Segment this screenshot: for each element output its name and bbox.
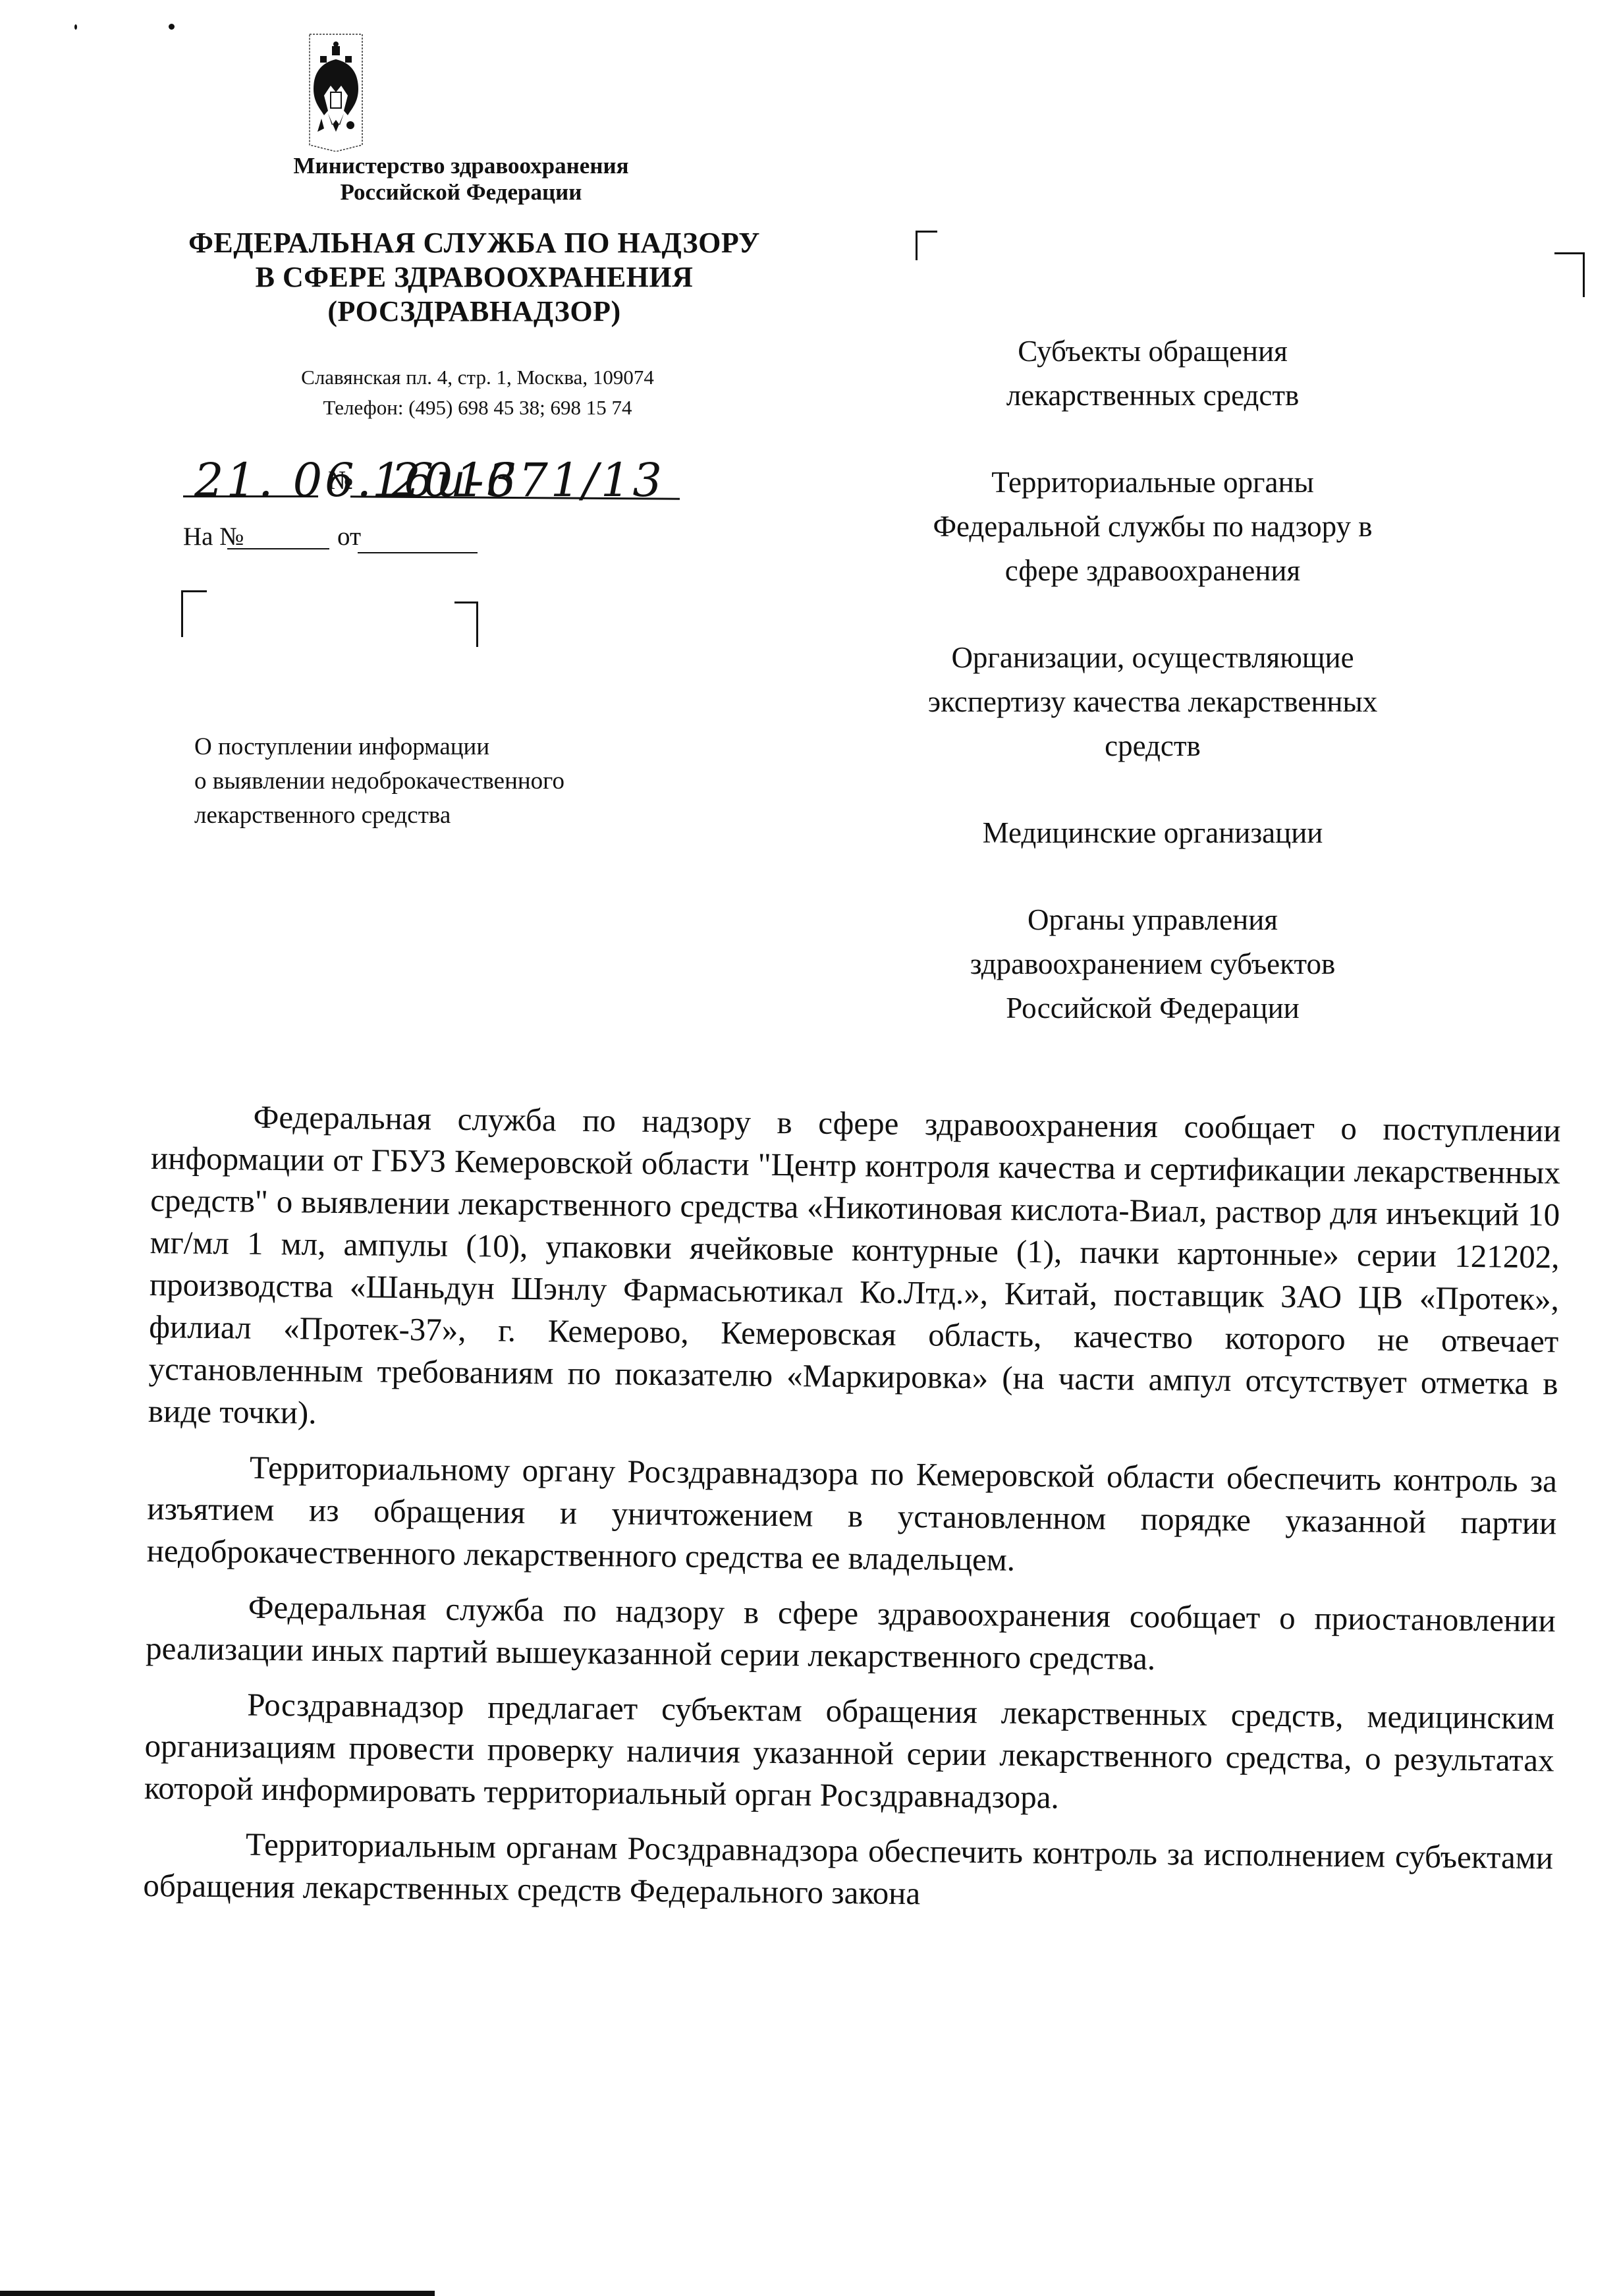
contact-block: Славянская пл. 4, стр. 1, Москва, 109074… xyxy=(198,362,757,423)
subject-line-2: о выявлении недоброкачественного xyxy=(194,764,564,798)
number-sign: № xyxy=(328,464,353,495)
address: Славянская пл. 4, стр. 1, Москва, 109074 xyxy=(198,362,757,393)
recipient-corner-left xyxy=(916,231,937,260)
reply-number-blank xyxy=(227,548,329,549)
coat-of-arms-icon xyxy=(308,33,364,152)
recipient-line: Организации, осуществляющие xyxy=(856,636,1449,680)
recipient-line: Территориальные органы xyxy=(856,461,1449,505)
ministry-name: Министерство здравоохранения Российской … xyxy=(231,153,692,206)
from-date-blank xyxy=(358,552,478,553)
recipient-corner-right xyxy=(1554,252,1585,297)
service-line-1: ФЕДЕРАЛЬНАЯ СЛУЖБА ПО НАДЗОРУ xyxy=(165,226,784,260)
recipient-line: здравоохранением субъектов xyxy=(856,942,1449,986)
subject-line-3: лекарственного средства xyxy=(194,798,564,833)
reply-label: На № xyxy=(183,522,244,551)
service-name: ФЕДЕРАЛЬНАЯ СЛУЖБА ПО НАДЗОРУ В СФЕРЕ ЗД… xyxy=(165,226,784,329)
body-paragraph: Территориальному органу Росздравнадзора … xyxy=(146,1445,1557,1586)
subject-corner-right xyxy=(454,602,478,647)
date-underline xyxy=(183,495,318,497)
body-paragraph: Федеральная служба по надзору в сфере зд… xyxy=(148,1095,1561,1447)
from-label: от xyxy=(337,522,361,551)
body-paragraph: Территориальным органам Росздравнадзора … xyxy=(143,1822,1553,1921)
recipients-list: Субъекты обращения лекарственных средств… xyxy=(856,329,1449,1073)
letter-body: Федеральная служба по надзору в сфере зд… xyxy=(143,1095,1561,1934)
body-paragraph: Росздравнадзор предлагает субъектам обра… xyxy=(144,1683,1555,1824)
subject-corner-left xyxy=(181,590,207,637)
recipient-group: Организации, осуществляющие экспертизу к… xyxy=(856,636,1449,768)
scan-speck xyxy=(74,24,77,30)
scan-edge-bar xyxy=(0,2291,435,2296)
service-line-3: (РОСЗДРАВНАДЗОР) xyxy=(165,294,784,329)
recipient-line: экспертизу качества лекарственных xyxy=(856,680,1449,724)
body-paragraph: Федеральная служба по надзору в сфере зд… xyxy=(146,1585,1556,1684)
subject-line-1: О поступлении информации xyxy=(194,730,564,764)
recipient-line: лекарственных средств xyxy=(856,374,1449,418)
recipient-group: Медицинские организации xyxy=(856,811,1449,855)
ministry-line-1: Министерство здравоохранения xyxy=(231,153,692,179)
recipient-line: Органы управления xyxy=(856,898,1449,942)
letter-subject: О поступлении информации о выявлении нед… xyxy=(194,730,564,833)
recipient-line: Федеральной службы по надзору в xyxy=(856,505,1449,549)
recipient-group: Субъекты обращения лекарственных средств xyxy=(856,329,1449,418)
recipient-line: сфере здравоохранения xyxy=(856,549,1449,593)
phone: Телефон: (495) 698 45 38; 698 15 74 xyxy=(198,393,757,423)
scan-speck xyxy=(169,24,175,30)
recipient-line: Российской Федерации xyxy=(856,986,1449,1030)
recipient-line: Субъекты обращения xyxy=(856,329,1449,374)
service-line-2: В СФЕРЕ ЗДРАВООХРАНЕНИЯ xyxy=(165,260,784,294)
ministry-line-2: Российской Федерации xyxy=(231,179,692,206)
recipient-line: Медицинские организации xyxy=(856,811,1449,855)
recipient-group: Территориальные органы Федеральной служб… xyxy=(856,461,1449,593)
recipient-line: средств xyxy=(856,724,1449,768)
recipient-group: Органы управления здравоохранением субъе… xyxy=(856,898,1449,1030)
